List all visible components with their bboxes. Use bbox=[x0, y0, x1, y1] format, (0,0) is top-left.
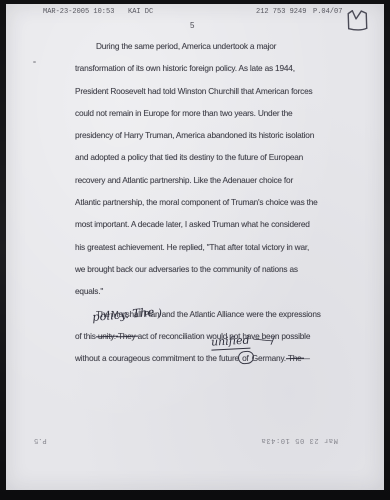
fax-transmission-header: MAR-23-2005 10:53 KAI DC 212 753 9249 P.… bbox=[6, 8, 384, 18]
fax-sender: KAI DC bbox=[128, 8, 153, 16]
fax-phone-number: 212 753 9249 bbox=[256, 8, 306, 16]
pen-flourish: ——/ bbox=[253, 332, 274, 347]
body-line: President Roosevelt had told Winston Chu… bbox=[75, 80, 375, 102]
body-line-with-edits: without a courageous commitment to the f… bbox=[75, 347, 375, 369]
typed-text: Germany. bbox=[250, 353, 288, 363]
typed-text: without a courageous commitment to the f… bbox=[75, 353, 241, 363]
scan-speck bbox=[33, 61, 36, 63]
body-line: we brought back our adversaries to the c… bbox=[75, 258, 375, 280]
body-line: his greatest achievement. He replied, "T… bbox=[75, 236, 375, 258]
page-number: 5 bbox=[190, 21, 194, 30]
typed-text: of this bbox=[75, 331, 98, 341]
fax-footer-date-stamp: Mar 23 05 10:43a bbox=[261, 436, 338, 444]
body-line: equals." bbox=[75, 280, 375, 302]
struck-word: They bbox=[118, 331, 136, 341]
fax-page-counter: P.04/07 bbox=[313, 8, 342, 16]
handwritten-monogram-icon bbox=[343, 6, 376, 33]
struck-word: The bbox=[288, 353, 302, 363]
struck-word: unity. bbox=[98, 331, 116, 341]
fax-footer-page-stamp: P.5 bbox=[34, 436, 47, 444]
scanned-fax-page: { "colors": { "paper": "#e6e6ea", "frame… bbox=[0, 0, 390, 500]
handwriting-text: unified bbox=[211, 334, 250, 351]
body-line: presidency of Harry Truman, America aban… bbox=[75, 124, 375, 146]
fax-datetime: MAR-23-2005 10:53 bbox=[43, 8, 114, 16]
body-line: transformation of its own historic forei… bbox=[75, 57, 375, 79]
body-line: recovery and Atlantic partnership. Like … bbox=[75, 169, 375, 191]
document-paper: MAR-23-2005 10:53 KAI DC 212 753 9249 P.… bbox=[6, 4, 384, 490]
body-line: could not remain in Europe for more than… bbox=[75, 102, 375, 124]
body-line: most important. A decade later, I asked … bbox=[75, 213, 375, 235]
body-line: During the same period, America undertoo… bbox=[75, 35, 375, 57]
body-line: and adopted a policy that tied its desti… bbox=[75, 146, 375, 168]
body-line: Atlantic partnership, the moral componen… bbox=[75, 191, 375, 213]
circled-word: of bbox=[241, 353, 250, 363]
